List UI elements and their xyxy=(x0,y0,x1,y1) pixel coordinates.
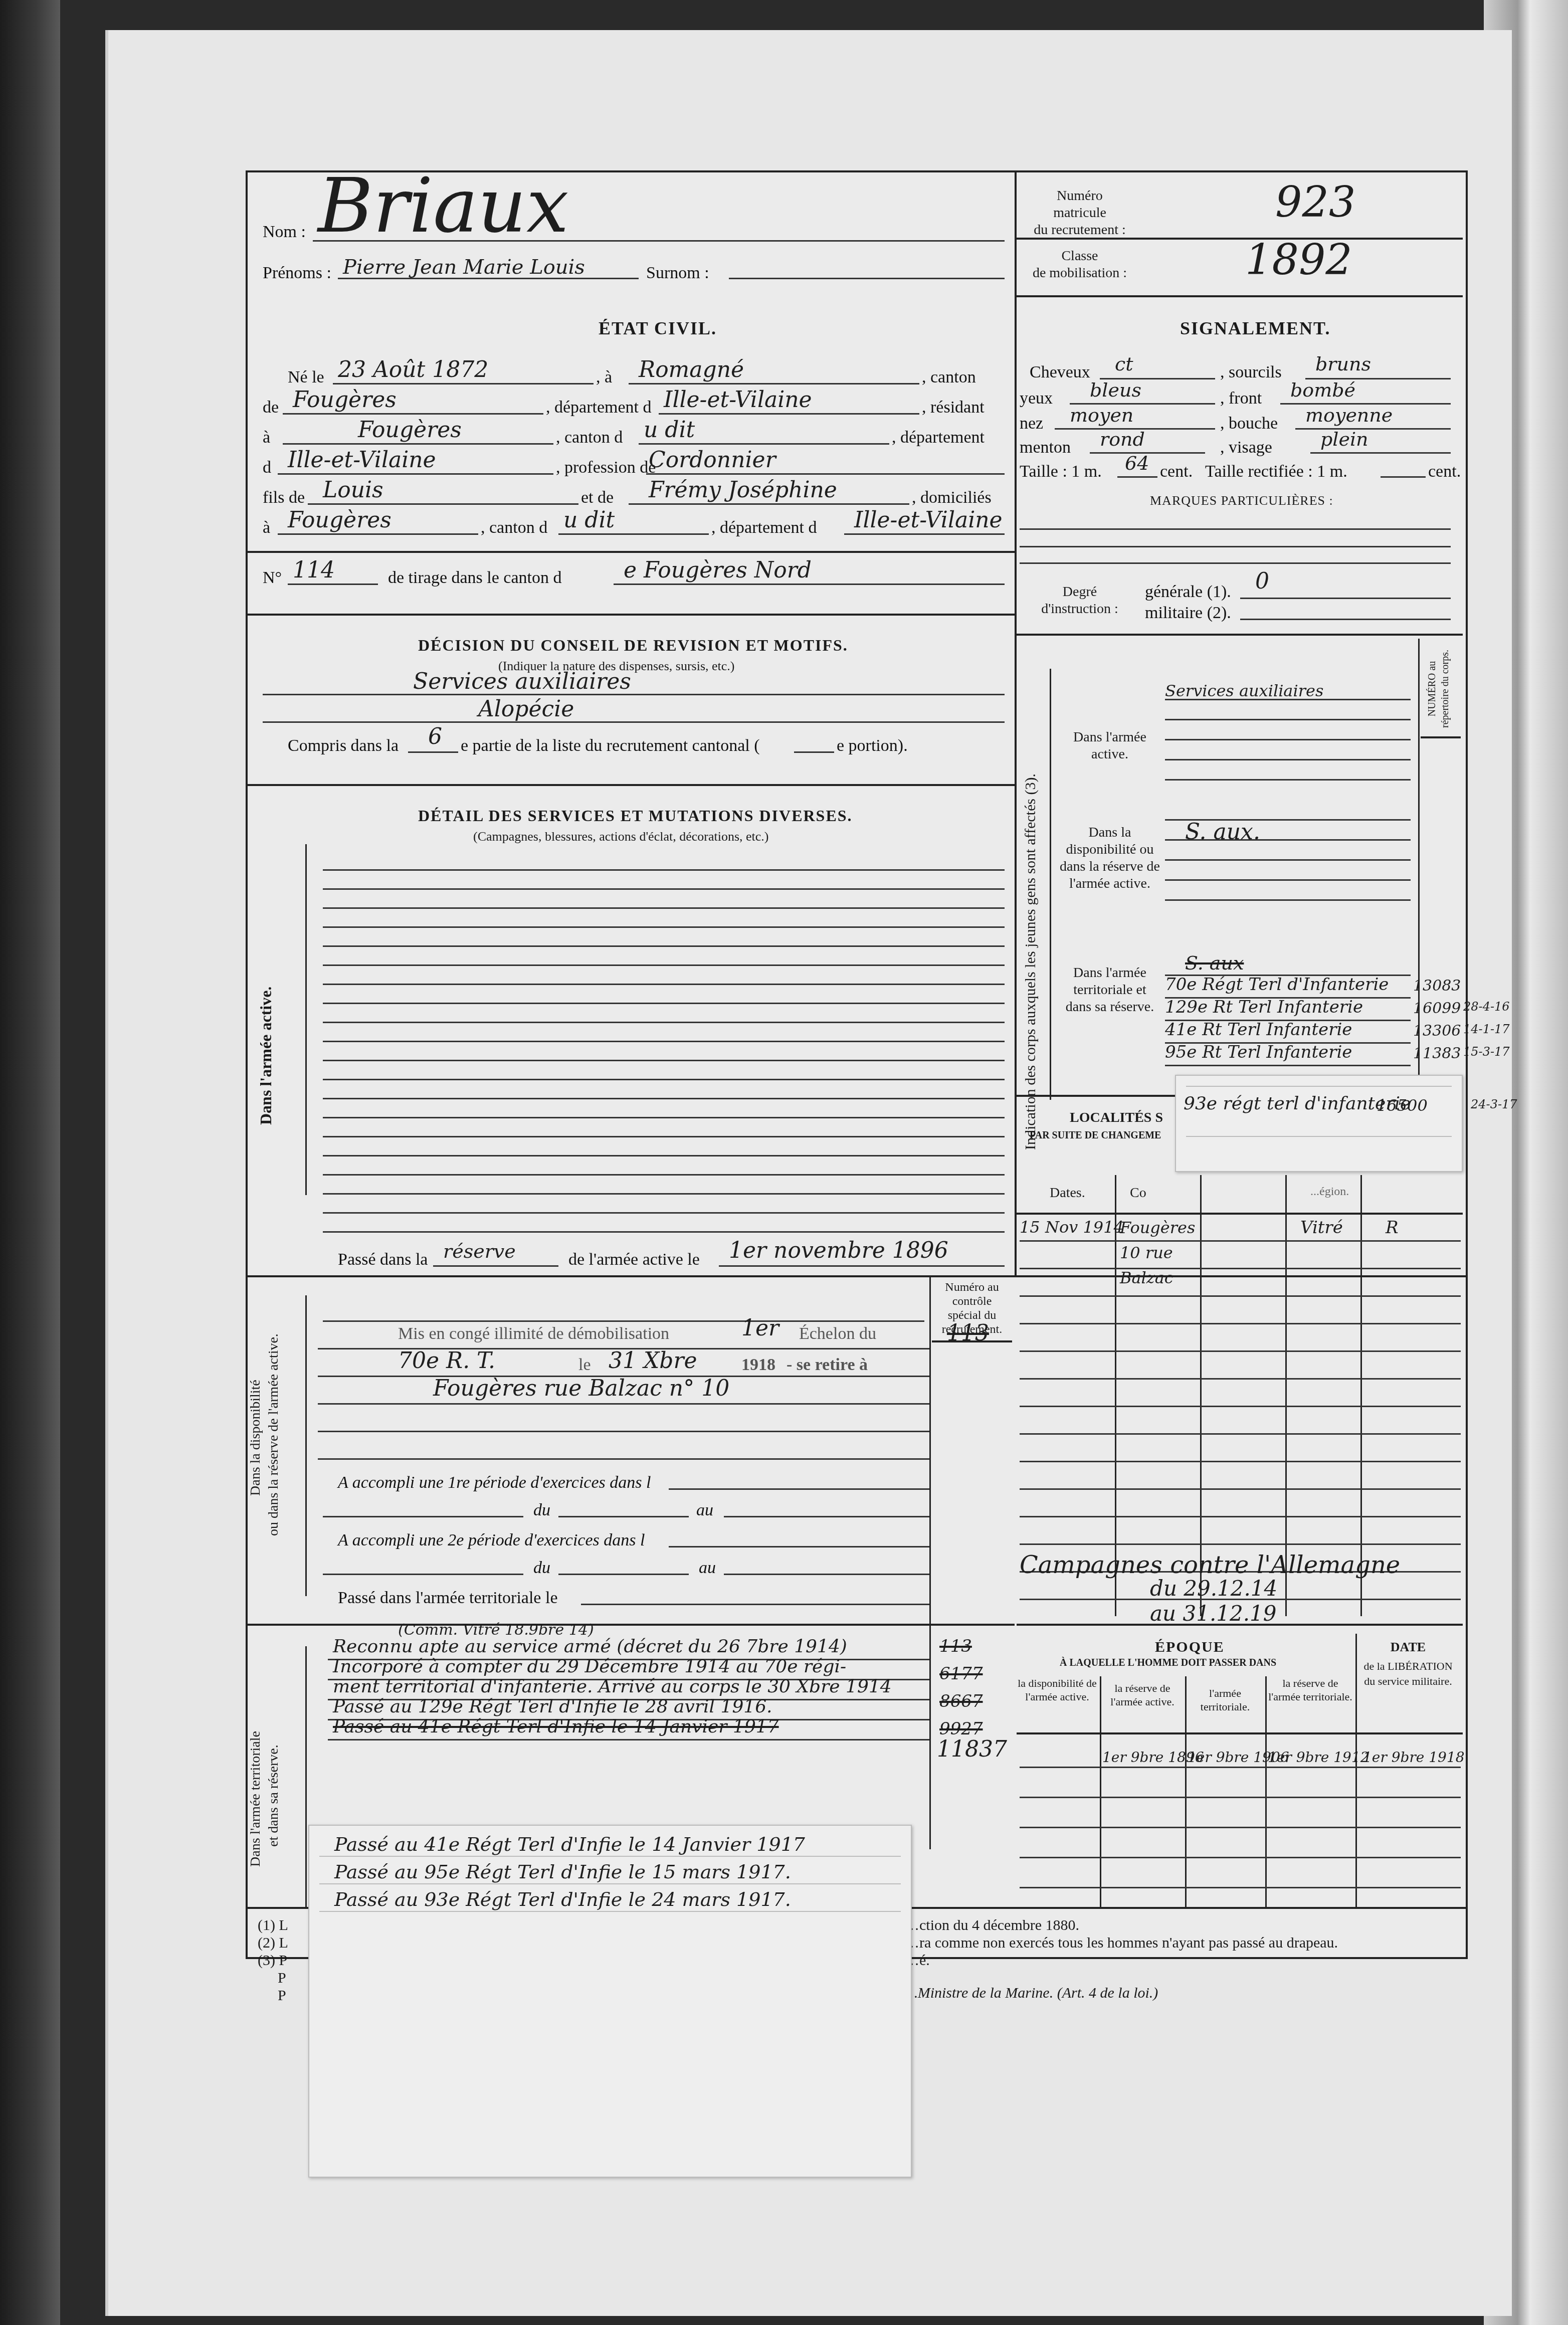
departement-parents: Ille-et-Vilaine xyxy=(854,507,1003,533)
column-divider xyxy=(1015,172,1017,1275)
localites-col-region: ...égion. xyxy=(1310,1185,1349,1199)
localites-col-communes: Co xyxy=(1130,1185,1146,1201)
localites-title: LOCALITÉS S xyxy=(1070,1110,1163,1126)
menton-value: rond xyxy=(1100,428,1145,450)
corps-terr-entry-4: 95e Rt Terl Infanterie xyxy=(1165,1042,1352,1062)
epoque-col-territoriale: l'armée territoriale. xyxy=(1188,1686,1263,1713)
date-naissance: 23 Août 1872 xyxy=(338,357,488,382)
prenoms-label: Prénoms : xyxy=(263,264,331,283)
territoriale-numero-0: 113 xyxy=(939,1636,972,1656)
profession: Cordonnier xyxy=(649,447,776,473)
pere: Louis xyxy=(323,477,383,503)
front-value: bombé xyxy=(1290,379,1355,401)
departement-residence: Ille-et-Vilaine xyxy=(288,447,436,473)
decision-line-1: Services auxiliaires xyxy=(413,669,631,694)
numero-controle-value: 113 xyxy=(947,1320,989,1346)
side-label-disponibilite: Dans la disponibilité xyxy=(248,1380,264,1496)
instruction-generale-value: 0 xyxy=(1255,568,1269,594)
detail-services-title: DÉTAIL DES SERVICES ET MUTATIONS DIVERSE… xyxy=(418,807,853,825)
campagnes-contre-allemagne: Campagnes contre l'Allemagne xyxy=(1020,1551,1400,1579)
decision-title: DÉCISION DU CONSEIL DE REVISION ET MOTIF… xyxy=(418,636,848,655)
military-register-form: Nom : Briaux Prénoms : Pierre Jean Marie… xyxy=(246,170,1468,1959)
domicile-parents: Fougères xyxy=(288,507,391,533)
territoriale-line-2: ment territorial d'infanterie. Arrivé au… xyxy=(333,1676,892,1697)
pasted-slip-mutations: Passé au 41e Régt Terl d'Infie le 14 Jan… xyxy=(308,1825,912,2178)
localites-col-dates: Dates. xyxy=(1050,1185,1085,1201)
prenoms-value: Pierre Jean Marie Louis xyxy=(343,256,585,279)
epoque-reserve-territoriale-value: 1er 9bre 1912 xyxy=(1268,1749,1369,1766)
epoque-title: ÉPOQUE xyxy=(1155,1639,1225,1656)
territoriale-line-1: Incorporé à compter du 29 Décembre 1914 … xyxy=(333,1656,846,1677)
corps-terr-entry-3: 41e Rt Terl Infanterie xyxy=(1165,1020,1352,1040)
marques-title: MARQUES PARTICULIÈRES : xyxy=(1150,493,1333,508)
passe-reserve-value: réserve xyxy=(443,1240,516,1262)
epoque-col-reserve-active: la réserve de l'armée active. xyxy=(1102,1681,1183,1708)
corps-terr-entry-2: 129e Rt Terl Infanterie xyxy=(1165,997,1363,1017)
campagnes-du: du 29.12.14 xyxy=(1150,1576,1277,1601)
demob-adresse: Fougères rue Balzac n° 10 xyxy=(433,1376,729,1401)
paste-line-0: Passé au 41e Régt Terl d'Infie le 14 Jan… xyxy=(334,1833,805,1855)
cheveux-value: ct xyxy=(1115,353,1133,375)
corps-dispo-label: Dans la disponibilité ou dans la réserve… xyxy=(1060,824,1160,892)
epoque-col-disponibilite: la disponibilité de l'armée active. xyxy=(1017,1676,1097,1703)
campagnes-au: au 31.12.19 xyxy=(1150,1601,1276,1626)
territoriale-numero-2: 8667 xyxy=(939,1691,983,1711)
pasted-slip-corps: 93e régt terl d'infanterie 16500 xyxy=(1175,1075,1463,1172)
territoriale-numero-4: 11837 xyxy=(937,1736,1007,1762)
numero-repertoire-header: NUMÉRO au répertoire du corps. xyxy=(1426,644,1452,734)
passe-reserve-date: 1er novembre 1896 xyxy=(729,1238,948,1263)
bouche-value: moyenne xyxy=(1305,404,1393,426)
liberation-col: de la LIBÉRATION du service militaire. xyxy=(1358,1659,1458,1689)
side-label-corps: Indication des corps auxquels les jeunes… xyxy=(1022,773,1039,1150)
matricule-label: Numéro matricule xyxy=(1030,187,1130,222)
canton-tirage: e Fougères Nord xyxy=(624,557,812,583)
classe-value: 1892 xyxy=(1245,235,1352,284)
side-label-territoriale: Dans l'armée territoriale xyxy=(248,1731,264,1867)
decision-line-2: Alopécie xyxy=(478,696,574,722)
corps-active-value: Services auxiliaires xyxy=(1165,681,1323,700)
yeux-value: bleus xyxy=(1090,379,1141,401)
liberation-title: DATE xyxy=(1358,1639,1458,1656)
mere: Frémy Joséphine xyxy=(649,477,837,503)
territoriale-numero-1: 6177 xyxy=(939,1664,983,1684)
visage-value: plein xyxy=(1320,428,1368,450)
signalement-title: SIGNALEMENT. xyxy=(1180,318,1330,339)
corps-territoriale-label: Dans l'armée territoriale et dans sa rés… xyxy=(1060,964,1160,1016)
nom-label: Nom : xyxy=(263,223,306,242)
corps-terr-entry-0: S. aux xyxy=(1185,952,1244,974)
surnom-label: Surnom : xyxy=(646,264,709,283)
canton-parents: u dit xyxy=(563,507,615,533)
epoque-col-reserve-territoriale: la réserve de l'armée territoriale. xyxy=(1268,1676,1353,1703)
territoriale-line-4-struck: Passé au 41e Régt Terl d'Infie le 14 Jan… xyxy=(333,1716,779,1737)
partie-value: 6 xyxy=(428,724,442,749)
book-binding-left xyxy=(0,0,60,2325)
liberation-value: 1er 9bre 1918 xyxy=(1363,1749,1465,1766)
lieu-naissance: Romagné xyxy=(639,357,744,382)
nez-value: moyen xyxy=(1070,404,1133,426)
side-label-armee-active: Dans l'armée active. xyxy=(257,987,275,1125)
matricule-value: 923 xyxy=(1275,177,1355,227)
corps-active-label: Dans l'armée active. xyxy=(1060,729,1160,763)
sourcils-value: bruns xyxy=(1315,353,1371,375)
paste-line-2: Passé au 93e Régt Terl d'Infie le 24 mar… xyxy=(334,1888,791,1910)
classe-label: Classe xyxy=(1030,248,1130,265)
nom-value: Briaux xyxy=(318,162,569,250)
residence: Fougères xyxy=(358,417,462,443)
paste-line-1: Passé au 95e Régt Terl d'Infie le 15 mar… xyxy=(334,1861,791,1883)
taille-value: 64 xyxy=(1125,452,1149,474)
departement-naissance: Ille-et-Vilaine xyxy=(664,387,812,413)
territoriale-line-0: Reconnu apte au service armé (décret du … xyxy=(333,1636,847,1657)
canton-naissance: Fougères xyxy=(293,387,397,413)
numero-tirage: 114 xyxy=(293,557,335,583)
degre-instruction-label: Degré xyxy=(1030,584,1130,601)
corps-terr-entry-1: 70e Régt Terl d'Infanterie xyxy=(1165,975,1389,995)
demob-line-1-prefix: Mis en congé illimité de démobilisation xyxy=(398,1324,669,1343)
territoriale-numero-3: 9927 xyxy=(939,1719,983,1739)
etat-civil-title: ÉTAT CIVIL. xyxy=(599,318,717,339)
corps-dispo-value: S. aux. xyxy=(1185,819,1260,845)
demob-date: 31 Xbre xyxy=(609,1348,697,1374)
canton-residence: u dit xyxy=(644,417,695,443)
demob-unit: 70e R. T. xyxy=(398,1348,495,1374)
territoriale-line-3: Passé au 129e Régt Terl d'Infie le 28 av… xyxy=(333,1696,772,1717)
